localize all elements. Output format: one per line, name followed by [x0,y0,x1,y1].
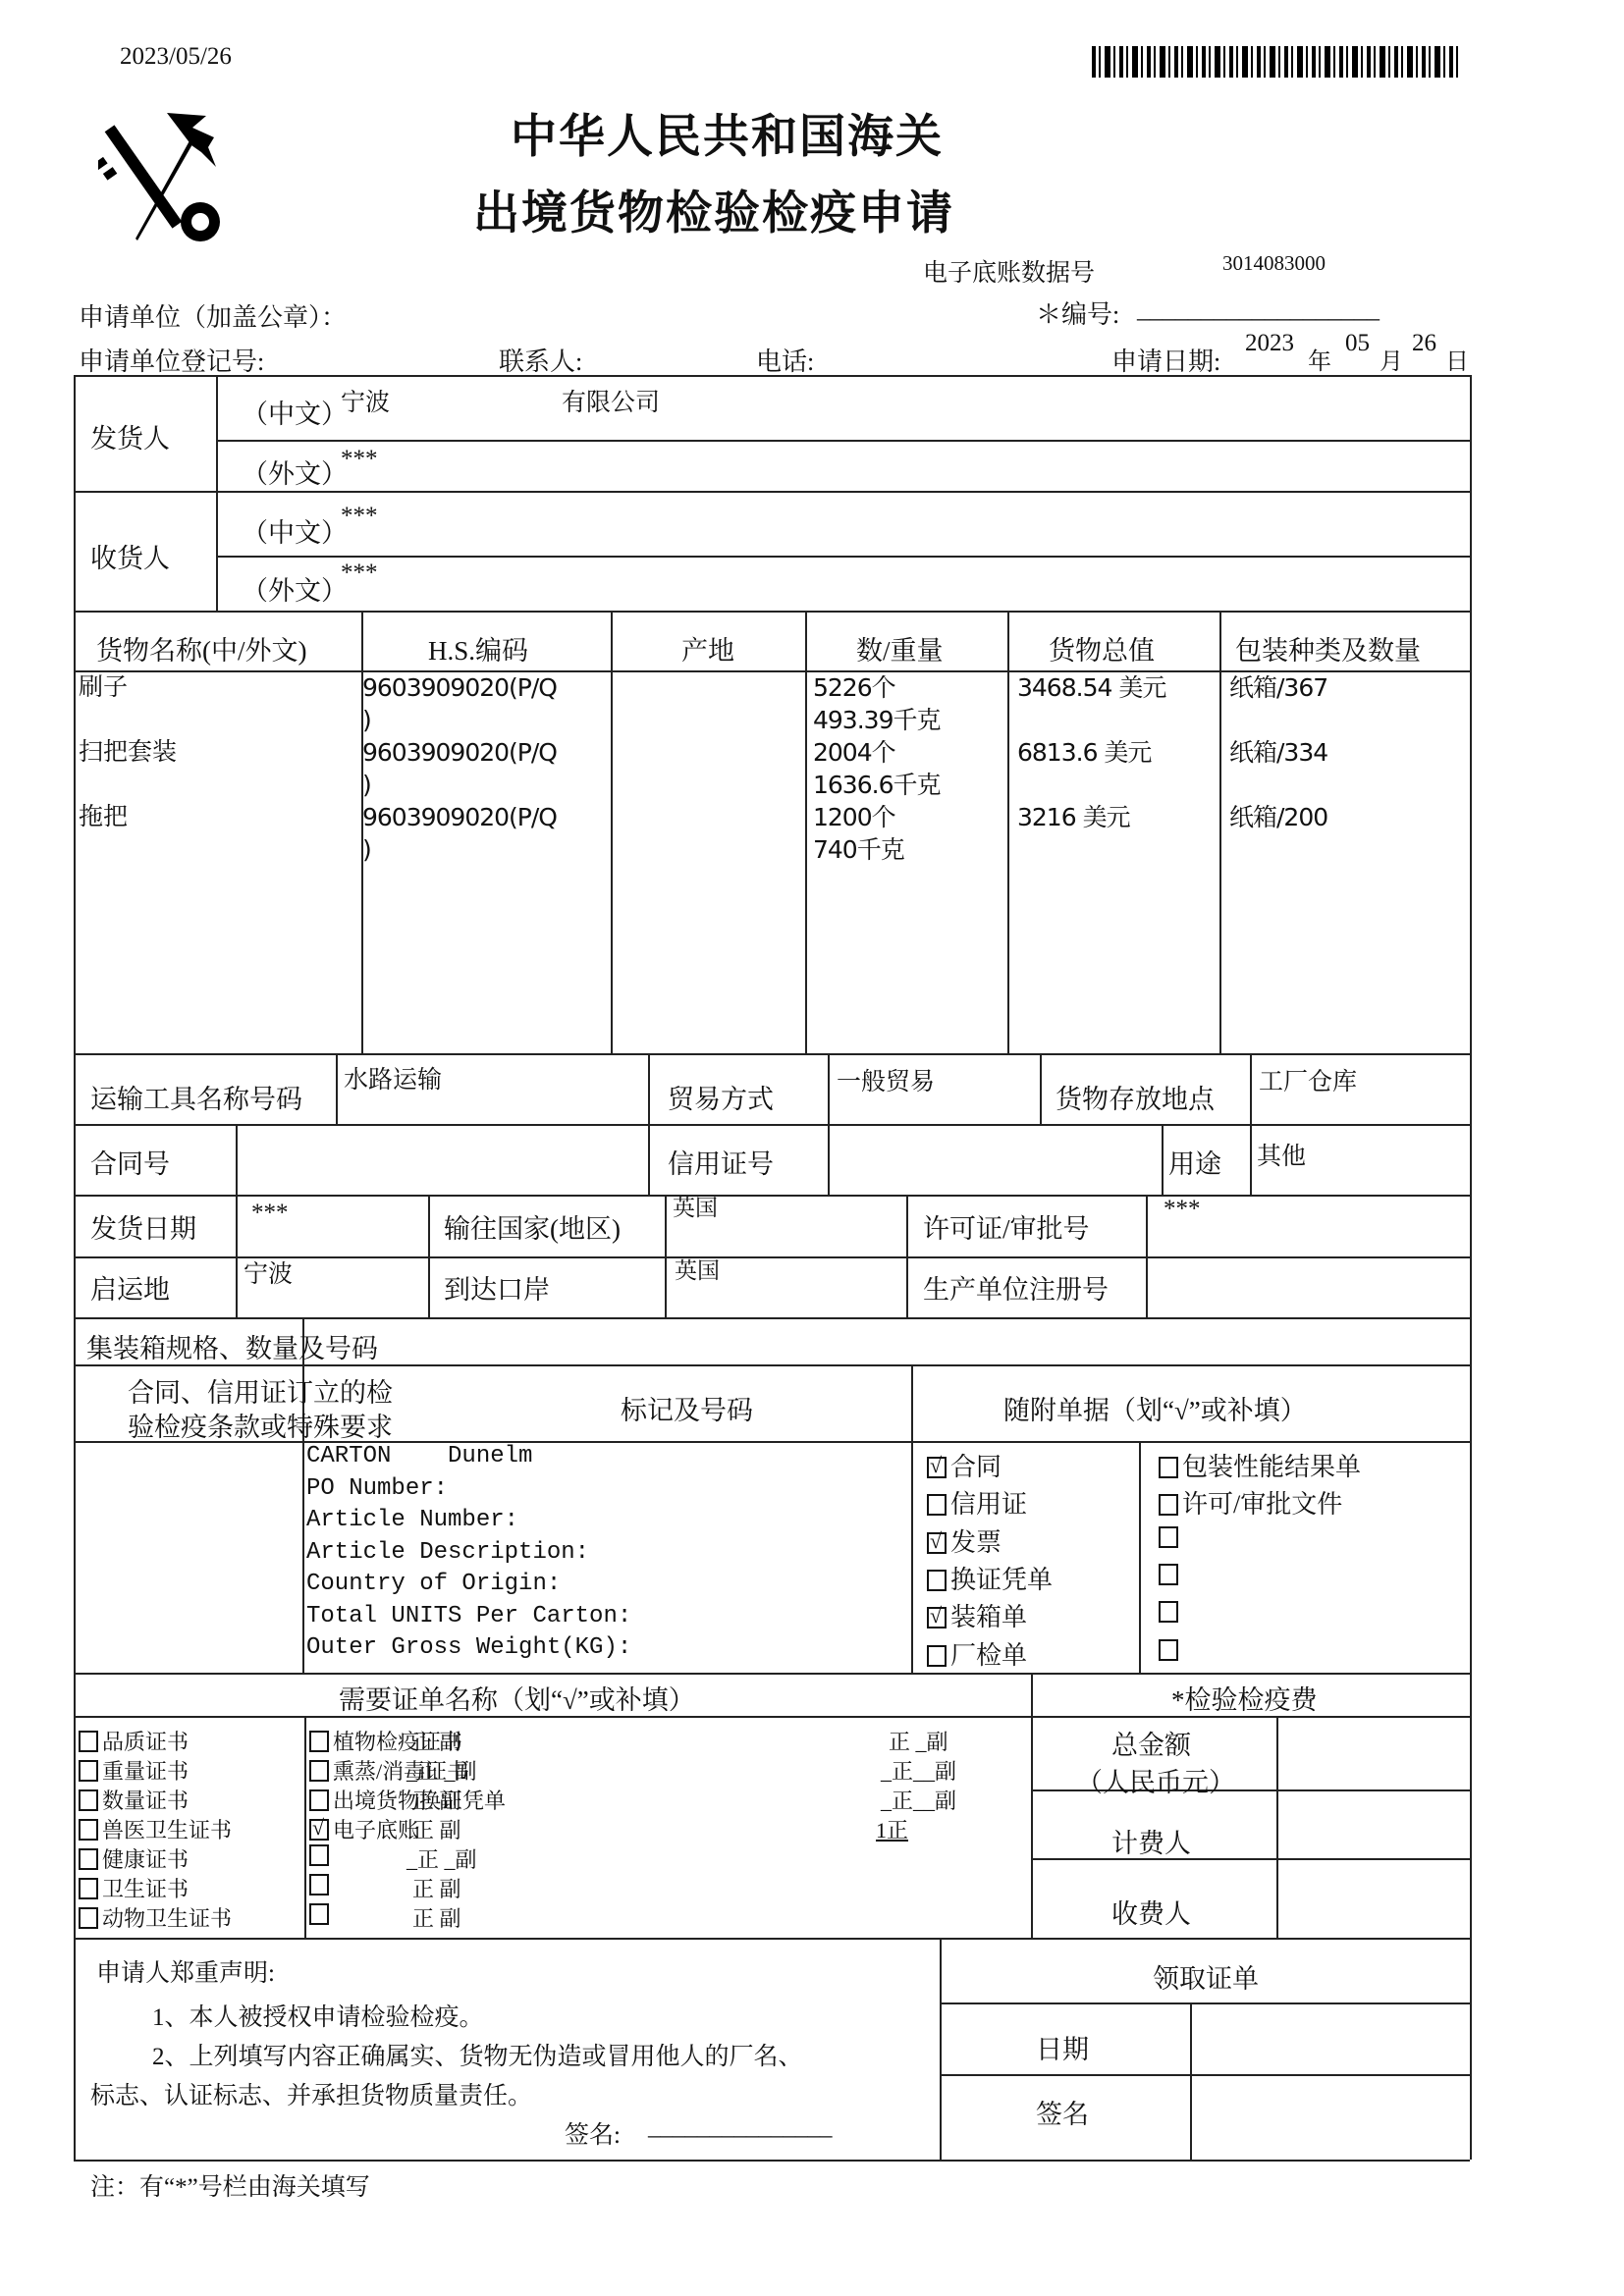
lc-label: 信用证号 [668,1143,774,1181]
title-line-1: 中华人民共和国海关 [511,100,944,166]
goods-package[interactable]: 纸箱/367 [1229,671,1327,704]
checkbox-icon[interactable] [79,1760,98,1782]
goods-qty-column: 5226个 493.39千克 2004个 1636.6千克 1200个 740千… [813,671,940,866]
consignee-en-label: （外文） [242,569,348,608]
marks-line: Article Description: [306,1537,631,1570]
consignee-cn-value[interactable]: *** [341,503,378,530]
license-label: 许可证/审批号 [923,1207,1090,1246]
attached-factory-inspection[interactable]: 厂检单 [927,1635,1027,1672]
attached-label: 许可/审批文件 [1182,1490,1342,1519]
goods-hs-code-cont: ) [362,704,557,736]
departure-label: 启运地 [90,1268,170,1307]
cert-copies[interactable]: 正 _副 [889,1726,948,1756]
attached-packing-list[interactable]: 装箱单 [927,1597,1027,1633]
cert-blank[interactable] [309,1902,333,1928]
checkbox-icon[interactable] [309,1844,329,1866]
apply-date-label: 申请日期: [1111,342,1220,378]
attached-invoice[interactable]: 发票 [927,1522,1001,1559]
purpose-value[interactable]: 其他 [1257,1137,1306,1172]
checkbox-icon[interactable] [309,1789,329,1811]
shipper-cn-value-2[interactable]: 有限公司 [562,383,660,418]
cert-label: 品质证书 [102,1730,189,1754]
container-label: 集装箱规格、数量及号码 [86,1327,378,1365]
vehicle-label: 运输工具名称号码 [90,1078,302,1116]
attached-blank[interactable] [1159,1597,1182,1627]
checkbox-icon[interactable] [1159,1601,1178,1623]
ship-date-label: 发货日期 [90,1207,196,1246]
attached-packaging-result[interactable]: 包装性能结果单 [1159,1447,1361,1483]
producer-reg-label: 生产单位注册号 [923,1268,1109,1307]
attached-lc[interactable]: 信用证 [927,1484,1027,1521]
trade-mode-value[interactable]: 一般贸易 [837,1062,935,1097]
attached-label: 包装性能结果单 [1182,1453,1361,1481]
goods-value[interactable]: 3468.54 美元 [1017,671,1165,704]
goods-header-origin: 产地 [681,629,734,667]
serial-label: ＊编号: [1036,294,1119,331]
license-value[interactable]: *** [1164,1196,1201,1223]
shipper-label: 发货人 [90,417,170,455]
attached-label: 厂检单 [950,1641,1027,1670]
goods-qty[interactable]: 1200个 [813,801,940,833]
declaration-title: 申请人郑重声明: [96,1953,275,1989]
fee-collector-label: 收费人 [1111,1893,1191,1931]
trade-mode-label: 贸易方式 [668,1078,774,1116]
goods-header-name: 货物名称(中/外文) [96,629,306,667]
goods-qty[interactable]: 5226个 [813,671,940,704]
goods-package[interactable]: 纸箱/200 [1229,801,1327,833]
checkbox-icon[interactable] [927,1570,947,1591]
day-char: 日 [1445,342,1469,376]
cert-label: 电子底账 [333,1818,419,1842]
attached-license-docs[interactable]: 许可/审批文件 [1159,1484,1342,1521]
goods-header-package: 包装种类及数量 [1235,629,1421,667]
goods-value-column: 3468.54 美元 6813.6 美元 3216 美元 [1017,671,1165,833]
cert-blank[interactable] [309,1843,333,1869]
pickup-sign-label: 签名 [1036,2093,1089,2131]
goods-hs-code-cont: ) [362,833,557,866]
apply-day: 26 [1412,330,1436,357]
marks-line: Article Number: [306,1505,631,1537]
goods-hs-column: 9603909020(P/Q ) 9603909020(P/Q ) 960390… [362,671,557,866]
checkbox-icon[interactable] [309,1874,329,1896]
checkbox-icon[interactable] [1159,1457,1178,1478]
cert-label: 兽医卫生证书 [102,1818,232,1842]
cert-label: 动物卫生证书 [102,1906,232,1931]
goods-weight[interactable]: 493.39千克 [813,704,940,736]
checkbox-icon[interactable] [309,1731,329,1752]
phone-label: 电话: [756,342,814,378]
goods-name-column: 刷子 扫把套装 拖把 [79,671,177,833]
cert-blank[interactable] [309,1873,333,1898]
attached-label: 换证凭单 [950,1566,1053,1594]
apply-year: 2023 [1245,330,1294,357]
goods-value[interactable]: 6813.6 美元 [1017,736,1165,769]
marks-line: PO Number: [306,1473,631,1506]
goods-weight[interactable]: 1636.6千克 [813,769,940,801]
dest-country-value[interactable]: 英国 [673,1190,718,1222]
checkbox-checked-icon[interactable] [309,1819,329,1841]
ledger-number: 3014083000 [1222,251,1326,276]
goods-hs-code-cont: ) [362,769,557,801]
attached-label: 装箱单 [950,1603,1027,1631]
cert-copies[interactable]: _正 _副 [406,1843,477,1874]
arrival-port-value[interactable]: 英国 [675,1253,720,1285]
fees-header: *检验检疫费 [1171,1679,1318,1717]
goods-hs-code[interactable]: 9603909020(P/Q [362,801,557,833]
cert-label: 熏蒸/消毒证书 [333,1759,468,1784]
cert-phytosanitary[interactable]: 植物检疫证书 [309,1726,462,1756]
apply-month: 05 [1345,330,1370,357]
checkbox-icon[interactable] [927,1645,947,1667]
attached-exchange[interactable]: 换证凭单 [927,1560,1053,1596]
goods-package-column: 纸箱/367 纸箱/334 纸箱/200 [1229,671,1327,833]
checkbox-icon[interactable] [309,1903,329,1925]
marks-line: Outer Gross Weight(KG): [306,1632,631,1665]
goods-name[interactable]: 拖把 [79,801,177,833]
contact-label: 联系人: [499,342,582,378]
goods-name[interactable]: 刷子 [79,671,177,704]
arrival-port-label: 到达口岸 [444,1268,550,1307]
marks-list: CARTON Dunelm PO Number: Article Number:… [306,1441,631,1665]
goods-hs-code[interactable]: 9603909020(P/Q [362,671,557,704]
marks-line: Total UNITS Per Carton: [306,1601,631,1633]
declaration-signature-label: 签名: [565,2115,621,2151]
shipper-en-value[interactable]: *** [341,446,378,473]
title-line-2: 出境货物检验检疫申请 [473,177,954,242]
cert-copies[interactable]: _正__副 [881,1785,956,1815]
shipper-cn-value-1[interactable]: 宁波 [341,383,390,418]
ledger-label: 电子底账数据号 [923,253,1095,289]
goods-header-qty: 数/重量 [856,629,944,667]
cert-health[interactable]: 健康证书 [79,1843,189,1874]
print-date: 2023/05/26 [120,43,232,71]
footer-note: 注：有“*”号栏由海关填写 [90,2167,370,2203]
attached-contract[interactable]: 合同 [927,1447,1001,1483]
cert-quality[interactable]: 品质证书 [79,1726,189,1756]
ship-date-value[interactable]: *** [251,1200,289,1227]
attached-docs-label: 随附单据（划“√”或补填） [1003,1389,1307,1427]
checkbox-icon[interactable] [1159,1639,1178,1661]
dest-country-label: 输往国家(地区) [444,1207,621,1246]
vehicle-value[interactable]: 水路运输 [344,1060,442,1095]
goods-weight[interactable]: 740千克 [813,833,940,866]
certificates-header: 需要证单名称（划“√”或补填） [339,1679,695,1717]
purpose-label: 用途 [1168,1143,1221,1181]
declaration-item-2-line-2: 标志、认证标志、并承担货物质量责任。 [90,2076,532,2111]
checkbox-icon[interactable] [1159,1526,1178,1548]
clause-label-line-2: 验检疫条款或特殊要求 [128,1406,393,1444]
cert-sanitary[interactable]: 卫生证书 [79,1873,189,1903]
cert-label: 重量证书 [102,1759,189,1784]
checkbox-icon[interactable] [1159,1564,1178,1585]
attached-label: 发票 [950,1528,1001,1557]
clause-label-line-1: 合同、信用证订立的检 [128,1371,393,1410]
year-char: 年 [1308,342,1331,376]
checkbox-icon[interactable] [79,1878,98,1899]
applicant-label: 申请单位（加盖公章）： [79,297,347,334]
cert-copies[interactable]: 正 副 [412,1902,461,1933]
declaration-item-1: 1、本人被授权申请检验检疫。 [152,1998,484,2033]
cert-exchange-voucher[interactable]: 出境货物换证凭单 [309,1785,506,1815]
cert-quantity[interactable]: 数量证书 [79,1785,189,1815]
cert-e-ledger[interactable]: 电子底账 [309,1814,419,1844]
fee-total-label-line-1: 总金额 [1111,1724,1191,1762]
consignee-en-value[interactable]: *** [341,560,378,587]
goods-value[interactable]: 3216 美元 [1017,801,1165,833]
customs-emblem-icon [98,108,236,255]
consignee-label: 收货人 [90,537,170,575]
shipper-cn-label: （中文） [242,393,348,431]
goods-qty[interactable]: 2004个 [813,736,940,769]
pickup-header: 领取证单 [1153,1957,1259,1996]
declaration-item-2-line-1: 2、上列填写内容正确属实、货物无伪造或冒用他人的厂名、 [152,2037,803,2072]
storage-value[interactable]: 工厂仓库 [1259,1062,1357,1097]
month-char: 月 [1380,342,1403,376]
attached-blank[interactable] [1159,1522,1182,1552]
cert-label: 出境货物换证凭单 [333,1789,506,1813]
checkbox-icon[interactable] [309,1760,329,1782]
checkbox-icon[interactable] [79,1731,98,1752]
contract-label: 合同号 [90,1143,170,1181]
cert-copies[interactable]: 正 副 [412,1873,461,1903]
fee-calculator-label: 计费人 [1111,1822,1191,1860]
registration-label: 申请单位登记号: [79,342,264,378]
checkbox-checked-icon[interactable] [927,1607,947,1629]
cert-label: 卫生证书 [102,1877,189,1901]
checkbox-checked-icon[interactable] [927,1532,947,1554]
checkbox-icon[interactable] [927,1494,947,1516]
marks-label: 标记及号码 [621,1389,753,1427]
checkbox-checked-icon[interactable] [927,1457,947,1478]
checkbox-icon[interactable] [79,1819,98,1841]
fee-total-label-line-2: （人民币元） [1076,1761,1235,1799]
storage-label: 货物存放地点 [1056,1078,1215,1116]
marks-line: CARTON Dunelm [306,1441,631,1473]
declaration-signature-field[interactable]: _______________ [648,2113,833,2141]
serial-field[interactable]: ___________________ [1137,294,1380,324]
goods-header-value: 货物总值 [1049,629,1155,667]
cert-copies[interactable]: 正 副 [412,1814,461,1844]
marks-line: Country of Origin: [306,1569,631,1601]
departure-value[interactable]: 宁波 [244,1255,293,1290]
cert-copies[interactable]: 1正 [876,1814,908,1844]
shipper-en-label: （外文） [242,453,348,491]
cert-label: 健康证书 [102,1847,189,1872]
cert-label: 数量证书 [102,1789,189,1813]
checkbox-icon[interactable] [79,1789,98,1811]
checkbox-icon[interactable] [79,1907,98,1929]
goods-package[interactable]: 纸箱/334 [1229,736,1327,769]
goods-header-hs: H.S.编码 [428,629,528,667]
attached-blank[interactable] [1159,1635,1182,1665]
attached-label: 合同 [950,1453,1001,1481]
goods-hs-code[interactable]: 9603909020(P/Q [362,736,557,769]
cert-label: 植物检疫证书 [333,1730,462,1754]
pickup-date-label: 日期 [1036,2028,1089,2066]
cert-fumigation[interactable]: 熏蒸/消毒证书 [309,1755,468,1786]
attached-label: 信用证 [950,1490,1027,1519]
cert-animal-health[interactable]: 动物卫生证书 [79,1902,232,1933]
attached-blank[interactable] [1159,1560,1182,1589]
barcode [1092,46,1460,78]
cert-veterinary[interactable]: 兽医卫生证书 [79,1814,232,1844]
consignee-cn-label: （中文） [242,511,348,550]
goods-name[interactable]: 扫把套装 [79,736,177,769]
checkbox-icon[interactable] [79,1848,98,1870]
checkbox-icon[interactable] [1159,1494,1178,1516]
cert-weight[interactable]: 重量证书 [79,1755,189,1786]
cert-copies[interactable]: _正__副 [881,1755,956,1786]
